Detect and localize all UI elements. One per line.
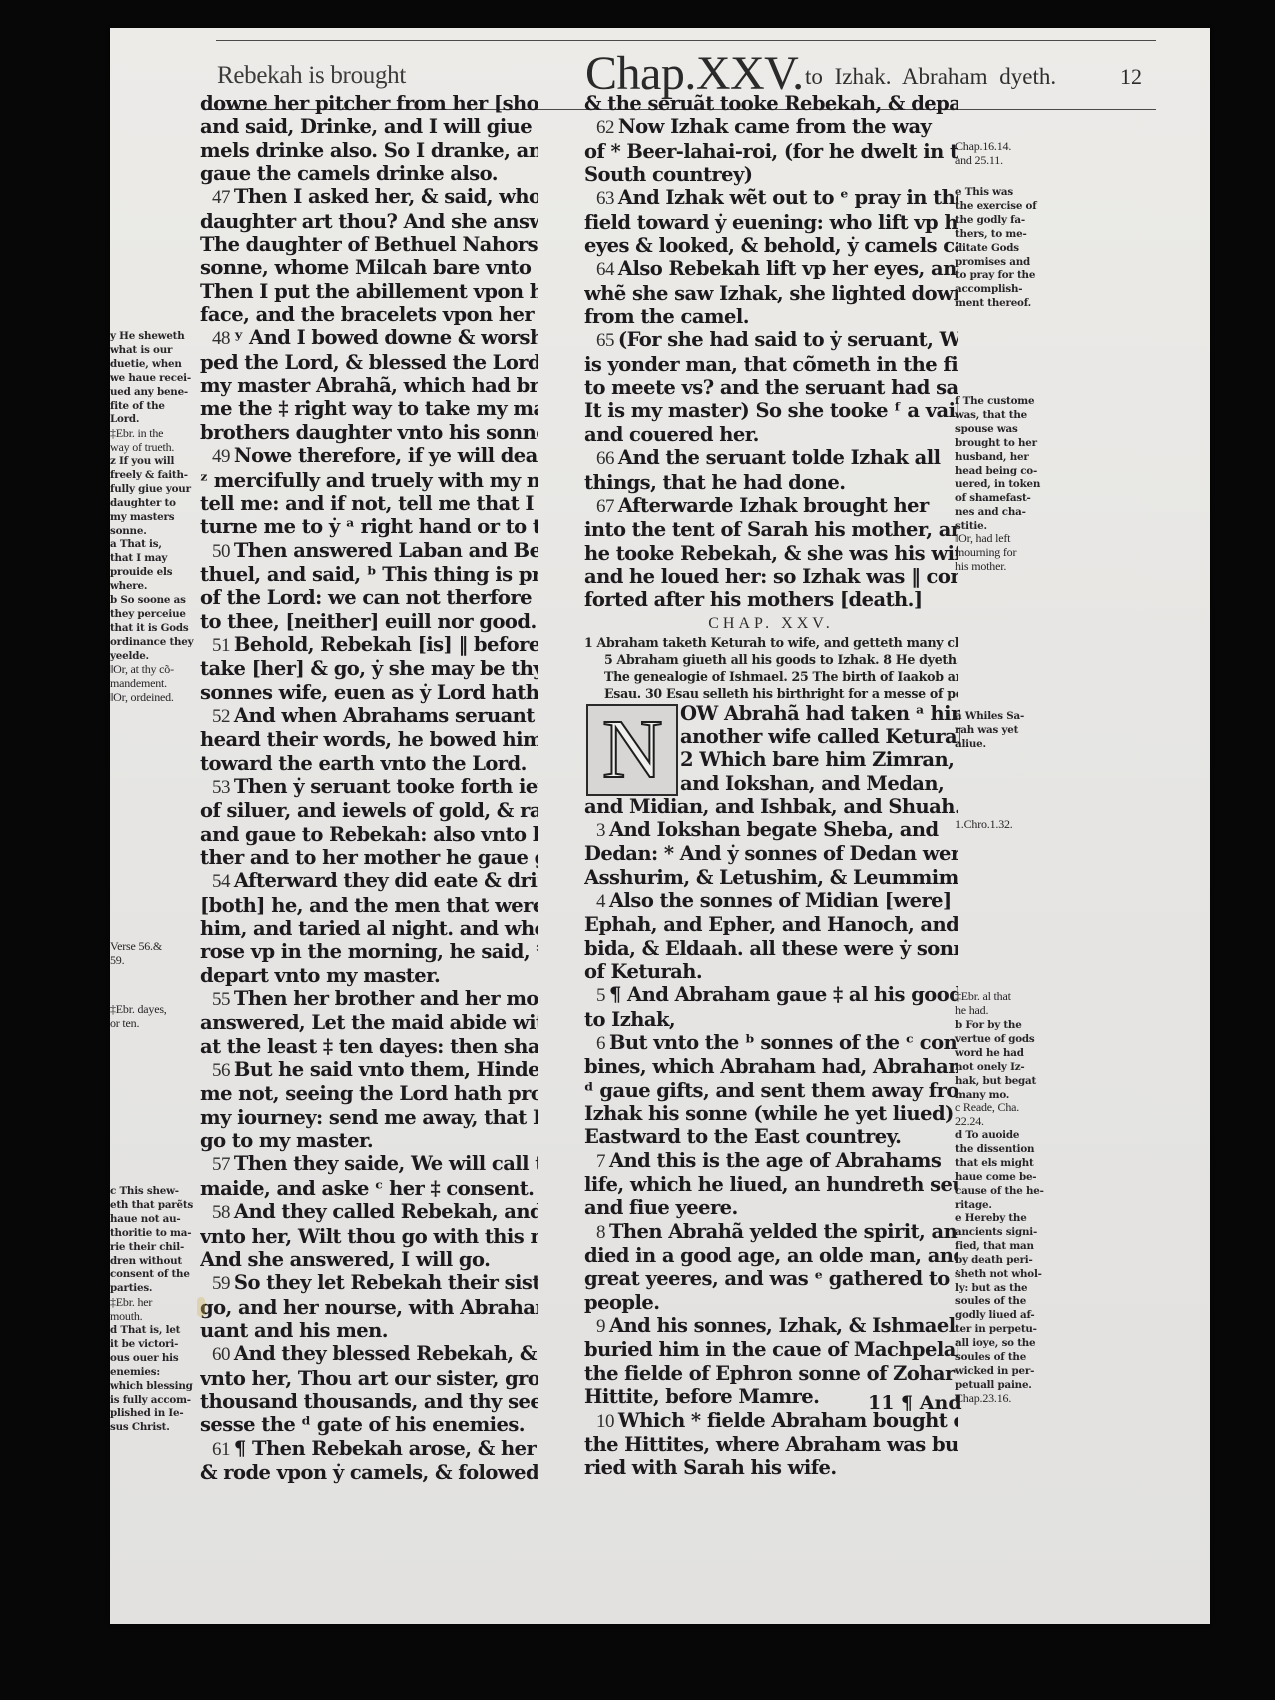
margin-note-line: wicked in per- <box>955 1365 1055 1379</box>
verse-text: ¶ And Abraham gaue ‡ al his goods <box>609 983 958 1006</box>
margin-note: d That is, letit be victori-ous ouer his… <box>110 1324 198 1435</box>
margin-note-line: not onely Iz- <box>955 1061 1055 1075</box>
verse-text: take [her] & go, ẏ she may be thy master… <box>200 657 538 680</box>
text-line: of Keturah. <box>584 960 958 983</box>
text-line: vnto her, Thou art our sister, grow into <box>200 1367 538 1390</box>
verse-number: 48 <box>212 328 230 349</box>
text-line: my master Abrahã, which had brought <box>200 374 538 397</box>
verse-text: thuel, and said, ᵇ This thing is proceed… <box>200 563 538 586</box>
verse-text: thousand thousands, and thy seede pos- <box>200 1390 538 1413</box>
margin-note-line: by death peri- <box>955 1254 1055 1268</box>
top-rule <box>216 40 1156 41</box>
margin-note-line: plished in Ie- <box>110 1407 198 1421</box>
margin-note-line: accomplish- <box>955 283 1055 297</box>
margin-note-line: to pray for the <box>955 269 1055 283</box>
text-line: vnto her, Wilt thou go with this man? <box>200 1225 538 1248</box>
verse-text: And they blessed Rebekah, & saide <box>234 1342 538 1365</box>
verse-text: Behold, Rebekah [is] ‖ before thee, <box>234 633 538 656</box>
margin-note-line: c Reade, Cha. <box>955 1101 1055 1115</box>
verse-text: rose vp in the morning, he said, * Let m… <box>200 940 538 963</box>
chapter-body: and Midian, and Ishbak, and Shuah.3And I… <box>584 795 958 1480</box>
verse-text: tell me: and if not, tell me that I may <box>200 492 538 515</box>
verse-text: the fielde of Ephron sonne of Zohar the <box>584 1362 958 1385</box>
margin-note-line: ‖Or, at thy cõ- <box>110 663 198 677</box>
text-line: ᵈ gaue gifts, and sent them away from <box>584 1079 958 1102</box>
verse-text: turne me to ẏ ᵃ right hand or to the lef… <box>200 515 538 538</box>
verse-text: of * Beer-lahai-roi, (for he dwelt in th… <box>584 140 958 163</box>
verse-text: And Izhak wẽt out to ᵉ pray in the <box>618 186 958 209</box>
margin-note-line: where. <box>110 580 198 594</box>
verse-text: Then ẏ seruant tooke forth iewels <box>234 775 538 798</box>
margin-note-line: is fully accom- <box>110 1394 198 1408</box>
verse-text: forted after his mothers [death.] <box>584 588 923 611</box>
verse-text: And they called Rebekah, and said <box>234 1200 538 1223</box>
verse-text: toward the earth vnto the Lord. <box>200 752 527 775</box>
text-line: died in a good age, an olde man, and of <box>584 1244 958 1267</box>
verse-text: whẽ she saw Izhak, she lighted downe <box>584 282 958 305</box>
margin-note-line: freely & faith- <box>110 469 198 483</box>
verse-text: And his sonnes, Izhak, & Ishmael <box>609 1314 956 1337</box>
text-line: Asshurim, & Letushim, & Leummim. <box>584 866 958 889</box>
verse-number: 9 <box>596 1316 605 1337</box>
text-line: of siluer, and iewels of gold, & rayment… <box>200 799 538 822</box>
verse-number: 8 <box>596 1222 605 1243</box>
verse-text: Then Abrahã yelded the spirit, and <box>609 1220 958 1243</box>
text-line: Ephah, and Epher, and Hanoch, and A- <box>584 913 958 936</box>
margin-note-line: the dissention <box>955 1143 1055 1157</box>
margin-note-line: rah was yet <box>955 724 1055 738</box>
margin-note-line: haue not au- <box>110 1213 198 1227</box>
margin-note-line: thoritie to ma- <box>110 1227 198 1241</box>
text-line: bines, which Abraham had, Abraham <box>584 1055 958 1078</box>
catchword: 11 ¶ And <box>868 1392 962 1414</box>
text-line: mels drinke also. So I dranke, and she <box>200 139 538 162</box>
verse-text: Then I asked her, & said, whose <box>234 185 538 208</box>
verse-number: 64 <box>596 259 614 280</box>
verse-text: at the least ‡ ten dayes: then shall she… <box>200 1035 538 1058</box>
verse-text: maide, and aske ᶜ her ‡ consent. <box>200 1177 534 1200</box>
verse-text: my iourney: send me away, that I may <box>200 1106 538 1129</box>
verse-text: ped the Lord, & blessed the Lord God of <box>200 351 538 374</box>
margin-note-line: b So soone as <box>110 594 198 608</box>
text-line: and he loued her: so Izhak was ‖ com- <box>584 565 958 588</box>
text-line: field toward ẏ euening: who lift vp his <box>584 211 958 234</box>
margin-note: ‡Ebr. dayes,or ten. <box>110 1003 198 1031</box>
text-line: from the camel. <box>584 305 958 328</box>
verse-text: ther and to her mother he gaue gifts. <box>200 846 538 869</box>
text-line: 59So they let Rebekah their sister <box>200 1271 538 1295</box>
margin-note-line: and 25.11. <box>955 154 1055 168</box>
folio-number: 12 <box>1120 64 1142 90</box>
text-line: And she answered, I will go. <box>200 1248 538 1271</box>
text-line: to thee, [neither] euill nor good. <box>200 610 538 633</box>
verse-text: daughter art thou? And she answered, <box>200 210 538 233</box>
margin-note-line: soules of the <box>955 1295 1055 1309</box>
verse-text: people. <box>584 1291 659 1314</box>
margin-note-line: ‡Ebr. al that <box>955 990 1055 1004</box>
verse-text: uant and his men. <box>200 1319 388 1342</box>
margin-note-line: hak, but begat <box>955 1075 1055 1089</box>
text-line: 51Behold, Rebekah [is] ‖ before thee, <box>200 633 538 657</box>
verse-text: buried him in the caue of Machpelah, in <box>584 1338 958 1361</box>
margin-note-line: mandement. <box>110 677 198 691</box>
verse-number: 59 <box>212 1273 230 1294</box>
margin-note-line: a Whiles Sa- <box>955 710 1055 724</box>
verse-text: South countrey) <box>584 163 752 186</box>
margin-note-line: all ioye, so the <box>955 1337 1055 1351</box>
verse-text: sonnes wife, euen as ẏ Lord hath ‖ said. <box>200 681 538 704</box>
margin-note-line: promises and <box>955 256 1055 270</box>
margin-note: z If you willfreely & faith-fully giue y… <box>110 455 198 538</box>
verse-text: and Midian, and Ishbak, and Shuah. <box>584 795 958 818</box>
text-line: me the ‡ right way to take my masters <box>200 397 538 420</box>
text-line: thousand thousands, and thy seede pos- <box>200 1390 538 1413</box>
left-text-column: downe her pitcher from her [shoulder,]an… <box>200 92 538 1484</box>
text-line: great yeeres, and was ᵉ gathered to his <box>584 1267 958 1290</box>
verse-text: of siluer, and iewels of gold, & rayment… <box>200 799 538 822</box>
text-line: 53Then ẏ seruant tooke forth iewels <box>200 775 538 799</box>
verse-text: and gaue to Rebekah: also vnto her bro- <box>200 823 538 846</box>
text-line: 57Then they saide, We will call the <box>200 1152 538 1176</box>
text-line: 47Then I asked her, & said, whose <box>200 185 538 209</box>
margin-note-line: it be victori- <box>110 1338 198 1352</box>
decorated-initial-n-icon: N <box>586 704 678 796</box>
text-line: and said, Drinke, and I will giue thy ca… <box>200 115 538 138</box>
text-line: me not, seeing the Lord hath prospered <box>200 1082 538 1105</box>
text-line: go, and her nourse, with Abrahams ser- <box>200 1296 538 1319</box>
genesis-24-end: & the seruãt tooke Rebekah, & departed.6… <box>584 92 958 612</box>
text-line: Dedan: * And ẏ sonnes of Dedan were <box>584 842 958 865</box>
verse-text: And this is the age of Abrahams <box>609 1149 941 1172</box>
verse-number: 47 <box>212 187 230 208</box>
verse-text: the Hittites, where Abraham was bu- <box>584 1433 958 1456</box>
margin-note: c Reade, Cha.22.24. <box>955 1101 1055 1129</box>
verse-text: Izhak his sonne (while he yet liued) <box>584 1102 954 1125</box>
initial-letter: N <box>602 708 662 792</box>
verse-text: face, and the bracelets vpon her hands: <box>200 303 538 326</box>
verse-number: 53 <box>212 777 230 798</box>
margin-note-line: that I may <box>110 552 198 566</box>
margin-note-line: ‡Ebr. in the <box>110 427 198 441</box>
verse-text: bines, which Abraham had, Abraham <box>584 1055 958 1078</box>
text-line: of the Lord: we can not therfore say vn- <box>200 586 538 609</box>
summary-line: 1 Abraham taketh Keturah to wife, and ge… <box>584 634 958 651</box>
margin-note-line: haue come be- <box>955 1171 1055 1185</box>
verse-text: to Izhak, <box>584 1008 675 1031</box>
margin-note-line: mourning for <box>955 546 1055 560</box>
verse-text: Then answered Laban and Be- <box>234 539 538 562</box>
text-line: 67Afterwarde Izhak brought her <box>584 494 958 518</box>
initial-lines: OW Abrahã had taken ᵃ himanother wife ca… <box>680 702 960 795</box>
margin-note-line: 59. <box>110 954 198 968</box>
text-line: ped the Lord, & blessed the Lord God of <box>200 351 538 374</box>
text-line: bida, & Eldaah. all these were ẏ sonnes <box>584 937 958 960</box>
verse-text: Nowe therefore, if ye will deale <box>234 444 538 467</box>
text-line: 48ʸ And I bowed downe & worship- <box>200 326 538 350</box>
margin-note-line: a That is, <box>110 538 198 552</box>
verse-text: Afterwarde Izhak brought her <box>618 494 929 517</box>
text-line: 62Now Izhak came from the way <box>584 115 958 139</box>
verse-number: 66 <box>596 448 614 469</box>
text-line: 5¶ And Abraham gaue ‡ al his goods <box>584 983 958 1007</box>
text-line: answered, Let the maid abide with vs, <box>200 1011 538 1034</box>
margin-note-line: he had. <box>955 1004 1055 1018</box>
text-line: of * Beer-lahai-roi, (for he dwelt in th… <box>584 140 958 163</box>
text-line: [both] he, and the men that were with <box>200 894 538 917</box>
running-head-right: to Izhak. Abraham dyeth. <box>805 64 1056 90</box>
text-line: forted after his mothers [death.] <box>584 588 958 611</box>
verse-text: ᶻ mercifully and truely with my master, <box>200 469 538 492</box>
margin-note-line: y He sheweth <box>110 330 198 344</box>
margin-note-line: ‡Ebr. her <box>110 1296 198 1310</box>
text-line: gaue the camels drinke also. <box>200 162 538 185</box>
text-line: turne me to ẏ ᵃ right hand or to the lef… <box>200 515 538 538</box>
margin-note-line: ‖Or, ordeined. <box>110 691 198 705</box>
summary-line: 5 Abraham giueth all his goods to Izhak.… <box>584 651 958 668</box>
margin-note-line: ter in perpetu- <box>955 1323 1055 1337</box>
verse-text: to meete vs? and the seruant had saide, <box>584 376 958 399</box>
text-line: 49Nowe therefore, if ye will deale <box>200 444 538 468</box>
margin-note-line: 22.24. <box>955 1115 1055 1129</box>
verse-text: field toward ẏ euening: who lift vp his <box>584 211 958 234</box>
text-line: depart vnto my master. <box>200 964 538 987</box>
margin-note-line: ous ouer his <box>110 1352 198 1366</box>
margin-note: a Whiles Sa-rah was yetaliue. <box>955 710 1055 752</box>
margin-note-line: brought to her <box>955 437 1055 451</box>
text-line: life, which he liued, an hundreth seuent… <box>584 1173 958 1196</box>
verse-text: things, that he had done. <box>584 471 845 494</box>
verse-number: 57 <box>212 1154 230 1175</box>
verse-text: But vnto the ᵇ sonnes of the ᶜ concu- <box>609 1031 958 1054</box>
verse-text: from the camel. <box>584 305 749 328</box>
text-line: is yonder man, that cõmeth in the fielde <box>584 353 958 376</box>
margin-note-line: c This shew- <box>110 1185 198 1199</box>
verse-text: But he said vnto them, Hinder you <box>234 1058 538 1081</box>
text-line: ᶻ mercifully and truely with my master, <box>200 469 538 492</box>
text-line: 9And his sonnes, Izhak, & Ishmael <box>584 1314 958 1338</box>
text-line: and gaue to Rebekah: also vnto her bro- <box>200 823 538 846</box>
text-line: whẽ she saw Izhak, she lighted downe <box>584 282 958 305</box>
text-line: brothers daughter vnto his sonne. <box>200 421 538 444</box>
text-line: at the least ‡ ten dayes: then shall she… <box>200 1035 538 1058</box>
verse-text: Dedan: * And ẏ sonnes of Dedan were <box>584 842 958 865</box>
text-line: 4Also the sonnes of Midian [were] <box>584 889 958 913</box>
text-line: Izhak his sonne (while he yet liued) <box>584 1102 958 1125</box>
text-line: tell me: and if not, tell me that I may <box>200 492 538 515</box>
verse-text: [both] he, and the men that were with <box>200 894 538 917</box>
text-line: 50Then answered Laban and Be- <box>200 539 538 563</box>
margin-note-line: prouide els <box>110 566 198 580</box>
text-line: my iourney: send me away, that I may <box>200 1106 538 1129</box>
margin-note-line: the exercise of <box>955 200 1055 214</box>
margin-note-line: they perceiue <box>110 608 198 622</box>
text-line: sonnes wife, euen as ẏ Lord hath ‖ said. <box>200 681 538 704</box>
text-line: 54Afterward they did eate & drinke, <box>200 869 538 893</box>
text-line: him, and taried al night. and when they <box>200 917 538 940</box>
margin-note-line: fite of the <box>110 400 198 414</box>
text-line: uant and his men. <box>200 1319 538 1342</box>
margin-note-line: husband, her <box>955 451 1055 465</box>
margin-note-line: z If you will <box>110 455 198 469</box>
verse-text: life, which he liued, an hundreth seuent… <box>584 1173 958 1196</box>
verse-text: vnto her, Thou art our sister, grow into <box>200 1367 538 1390</box>
margin-note-line: soules of the <box>955 1351 1055 1365</box>
margin-note: e Hereby theancients signi-fied, that ma… <box>955 1212 1055 1393</box>
verse-text: heard their words, he bowed himselfe <box>200 728 538 751</box>
text-line: 60And they blessed Rebekah, & saide <box>200 1342 538 1366</box>
margin-note: Chap.23.16. <box>955 1392 1055 1406</box>
verse-number: 6 <box>596 1033 605 1054</box>
verse-text: sonne, whome Milcah bare vnto him. <box>200 256 538 279</box>
margin-note: a That is,that I mayprouide elswhere. <box>110 538 198 594</box>
verse-text: So they let Rebekah their sister <box>234 1271 538 1294</box>
margin-note: Verse 56.&59. <box>110 940 198 968</box>
margin-note-line: thers, to me- <box>955 228 1055 242</box>
verse-number: 10 <box>596 1411 614 1432</box>
text-line: people. <box>584 1291 958 1314</box>
text-line: and fiue yeere. <box>584 1196 958 1219</box>
text-line: go to my master. <box>200 1129 538 1152</box>
margin-note-line: sonne. <box>110 525 198 539</box>
margin-note-line: 1.Chro.1.32. <box>955 818 1055 832</box>
text-line: 7And this is the age of Abrahams <box>584 1149 958 1173</box>
foxing-stain <box>197 1297 205 1317</box>
margin-note-line: ‖Or, had left <box>955 532 1055 546</box>
verse-number: 50 <box>212 541 230 562</box>
verse-text: And when Abrahams seruant <box>234 704 535 727</box>
verse-text: depart vnto my master. <box>200 964 440 987</box>
text-line: face, and the bracelets vpon her hands: <box>200 303 538 326</box>
margin-note-line: Chap.23.16. <box>955 1392 1055 1406</box>
verse-text: sesse the ᵈ gate of his enemies. <box>200 1413 525 1436</box>
margin-note: c This shew-eth that parẽtshaue not au-t… <box>110 1185 198 1296</box>
verse-number: 62 <box>596 117 614 138</box>
verse-text: Eastward to the East countrey. <box>584 1125 901 1148</box>
text-line: 63And Izhak wẽt out to ᵉ pray in the <box>584 186 958 210</box>
verse-text: Hittite, before Mamre. <box>584 1385 819 1408</box>
margin-note: ‖Or, at thy cõ-mandement.‖Or, ordeined. <box>110 663 198 705</box>
margin-note-line: e Hereby the <box>955 1212 1055 1226</box>
text-line: and Midian, and Ishbak, and Shuah. <box>584 795 958 818</box>
text-line: heard their words, he bowed himselfe <box>200 728 538 751</box>
text-line: daughter art thou? And she answered, <box>200 210 538 233</box>
margin-note-line: ‡Ebr. dayes, <box>110 1003 198 1017</box>
margin-note-line: we haue recei- <box>110 372 198 386</box>
verse-text: brothers daughter vnto his sonne. <box>200 421 538 444</box>
verse-text: of the Lord: we can not therfore say vn- <box>200 586 538 609</box>
text-line: Then I put the abillement vpon her <box>200 280 538 303</box>
margin-note-line: fully giue your <box>110 483 198 497</box>
text-line: 61¶ Then Rebekah arose, & her maids, <box>200 1437 538 1461</box>
margin-note: ‡Ebr. al thathe had. <box>955 990 1055 1018</box>
verse-text: into the tent of Sarah his mother, and <box>584 518 958 541</box>
initial-text-line: 2 Which bare him Zimran, <box>680 748 960 771</box>
margin-note: Chap.16.14.and 25.11. <box>955 140 1055 168</box>
verse-text: of Keturah. <box>584 960 702 983</box>
margin-note-line: f The custome <box>955 395 1055 409</box>
margin-note-line: daughter to <box>110 497 198 511</box>
margin-note-line: dren without <box>110 1255 198 1269</box>
margin-note-line: what is our <box>110 344 198 358</box>
verse-text: answered, Let the maid abide with vs, <box>200 1011 538 1034</box>
margin-note: ‡Ebr. hermouth. <box>110 1296 198 1324</box>
text-line: & rode vpon ẏ camels, & folowed ẏ man. <box>200 1461 538 1484</box>
margin-note: b So soone asthey perceiuethat it is God… <box>110 594 198 664</box>
text-line: Eastward to the East countrey. <box>584 1125 958 1148</box>
verse-number: 58 <box>212 1202 230 1223</box>
verse-text: & rode vpon ẏ camels, & folowed ẏ man. <box>200 1461 538 1484</box>
verse-number: 67 <box>596 496 614 517</box>
verse-text: Afterward they did eate & drinke, <box>234 869 538 892</box>
verse-text: my master Abrahã, which had brought <box>200 374 538 397</box>
text-line: maide, and aske ᶜ her ‡ consent. <box>200 1177 538 1200</box>
margin-note: ‡Ebr. in theway of trueth. <box>110 427 198 455</box>
verse-number: 7 <box>596 1151 605 1172</box>
margin-note-line: ritage. <box>955 1199 1055 1213</box>
verse-text: And she answered, I will go. <box>200 1248 490 1271</box>
margin-note-line: mouth. <box>110 1310 198 1324</box>
verse-number: 52 <box>212 706 230 727</box>
running-head-left: Rebekah is brought <box>217 62 406 90</box>
verse-text: downe her pitcher from her [shoulder,] <box>200 92 538 115</box>
verse-number: 65 <box>596 330 614 351</box>
text-line: into the tent of Sarah his mother, and <box>584 518 958 541</box>
verse-text: he tooke Rebekah, & she was his wife, <box>584 542 958 565</box>
margin-note-line: head being co- <box>955 465 1055 479</box>
margin-note-line: Chap.16.14. <box>955 140 1055 154</box>
margin-note-line: uered, in token <box>955 478 1055 492</box>
text-line: toward the earth vnto the Lord. <box>200 752 538 775</box>
verse-text: And Iokshan begate Sheba, and <box>609 818 939 841</box>
text-line: eyes & looked, & behold, ẏ camels came. <box>584 234 958 257</box>
verse-number: 49 <box>212 446 230 467</box>
verse-text: ¶ Then Rebekah arose, & her maids, <box>234 1437 538 1460</box>
verse-text: Then they saide, We will call the <box>234 1152 538 1175</box>
margin-note-line: b For by the <box>955 1019 1055 1033</box>
right-text-column: & the seruãt tooke Rebekah, & departed.6… <box>584 92 958 1480</box>
initial-text-line: and Iokshan, and Medan, <box>680 772 960 795</box>
margin-note-line: ancients signi- <box>955 1226 1055 1240</box>
text-line: he tooke Rebekah, & she was his wife, <box>584 542 958 565</box>
text-line: The daughter of Bethuel Nahors <box>200 233 538 256</box>
verse-text: ᵈ gaue gifts, and sent them away from <box>584 1079 958 1102</box>
margin-note-line: ditate Gods <box>955 242 1055 256</box>
verse-number: 63 <box>596 188 614 209</box>
verse-text: Also the sonnes of Midian [were] <box>609 889 952 912</box>
margin-note: e This wasthe exercise ofthe godly fa-th… <box>955 186 1055 311</box>
margin-note-line: of shamefast- <box>955 492 1055 506</box>
margin-note-line: ly: but as the <box>955 1282 1055 1296</box>
margin-note-line: ment thereof. <box>955 297 1055 311</box>
verse-text: mels drinke also. So I dranke, and she <box>200 139 538 162</box>
text-line: take [her] & go, ẏ she may be thy master… <box>200 657 538 680</box>
text-line: and couered her. <box>584 423 958 446</box>
verse-text: It is my master) So she tooke ᶠ a vaile, <box>584 399 958 422</box>
verse-text: ʸ And I bowed downe & worship- <box>234 326 538 349</box>
verse-text: And the seruant tolde Izhak all <box>618 446 941 469</box>
summary-line: Esau. 30 Esau selleth his birthright for… <box>584 685 958 702</box>
chapter-title: CHAP. XXV. <box>584 614 958 634</box>
margin-note-line: ordinance they <box>110 636 198 650</box>
verse-number: 56 <box>212 1060 230 1081</box>
text-line: thuel, and said, ᵇ This thing is proceed… <box>200 563 538 586</box>
margin-note-line: that it is Gods <box>110 622 198 636</box>
verse-text: and couered her. <box>584 423 759 446</box>
text-line: buried him in the caue of Machpelah, in <box>584 1338 958 1361</box>
text-line: to Izhak, <box>584 1008 958 1031</box>
margin-note-line: or ten. <box>110 1017 198 1031</box>
summary-line: The genealogie of Ishmael. 25 The birth … <box>584 668 958 685</box>
